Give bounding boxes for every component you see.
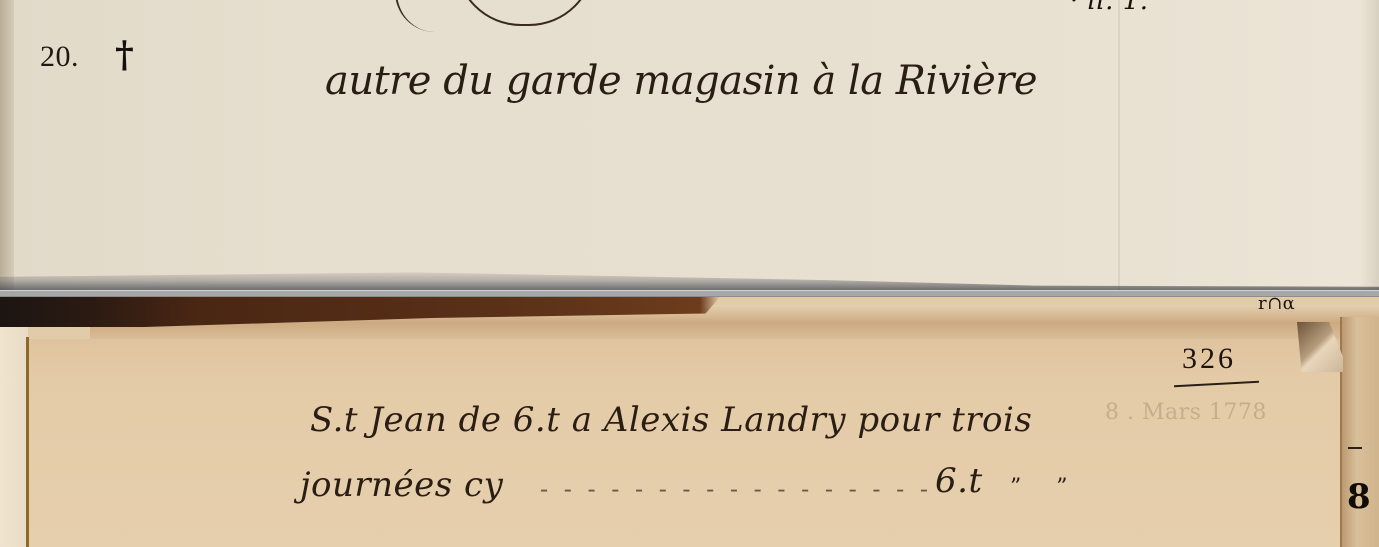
left-margin-page xyxy=(0,327,28,547)
cut-off-handwriting-loop xyxy=(455,0,595,26)
ditto-marks: ” ” xyxy=(1010,475,1082,500)
manuscript-fragment-bottom: r∩α 326 8 . Mars 1778 S.t Jean de 6.t a … xyxy=(0,297,1379,547)
entry-number: 20. xyxy=(40,40,79,74)
paper-fold-line xyxy=(1118,0,1120,290)
dotted-leader: - - - - - - - - - - - - - - - - - xyxy=(540,475,932,503)
handwritten-line: S.t Jean de 6.t a Alexis Landry pour tro… xyxy=(310,400,1032,440)
bleed-through-text: 8 . Mars 1778 xyxy=(1105,400,1267,425)
handwritten-line: autre du garde magasin à la Rivière xyxy=(325,58,1037,104)
edge-dash-mark xyxy=(1348,447,1362,449)
cut-off-handwriting-text: · ll. 1. xyxy=(1070,0,1149,16)
handwritten-line: journées cy xyxy=(300,465,503,505)
paper-left-edge xyxy=(0,0,14,290)
cross-mark-icon: † xyxy=(115,34,134,76)
page-fold-line xyxy=(26,337,29,547)
cut-off-handwriting-stroke xyxy=(395,0,435,32)
image-divider xyxy=(0,290,1379,297)
paper-bottom-shadow xyxy=(0,268,1379,290)
manuscript-page xyxy=(29,339,1349,547)
manuscript-fragment-top: · ll. 1. 20. † autre du garde magasin à … xyxy=(0,0,1379,290)
page-number: 326 xyxy=(1182,342,1236,376)
cut-off-page-number: r∩α xyxy=(1258,297,1295,314)
right-edge-numeral: 8 xyxy=(1347,477,1371,517)
amount-value: 6.t xyxy=(935,461,983,501)
